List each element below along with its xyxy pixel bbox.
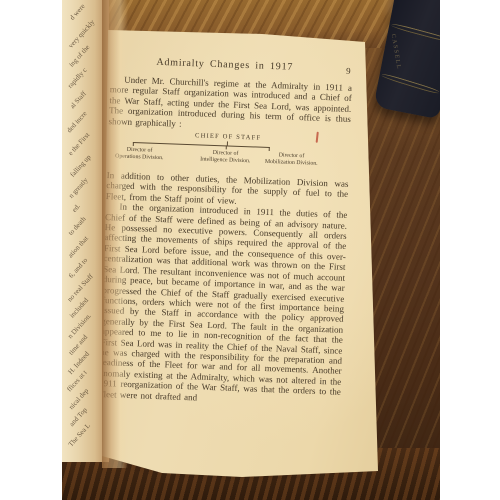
spine-gold-band <box>381 73 440 95</box>
diagram-connector-line <box>269 147 270 151</box>
spine-gold-band <box>391 22 440 42</box>
left-page-text-fragment: rapidly c <box>66 66 88 90</box>
page-content: Admiralty Changes in 1917 9 Under Mr. Ch… <box>94 30 367 408</box>
left-page-text-fragment: al Staff <box>68 90 88 110</box>
left-page-text-fragment: ed. <box>70 202 82 214</box>
left-page-text-fragment: n greatly <box>67 176 89 200</box>
running-head: Admiralty Changes in 1917 9 <box>111 55 353 77</box>
left-page-text-fragment: e the First <box>67 131 92 157</box>
diagram-connector-line <box>226 145 227 149</box>
left-page-text-fragment: very quickly <box>67 18 96 50</box>
diagram-root-label: CHIEF OF STAFF <box>168 131 288 142</box>
diagram-connector-line <box>133 142 134 146</box>
page-title: Admiralty Changes in 1917 <box>111 55 339 74</box>
photo-of-open-book: CASSELL d were very quickly ing of the r… <box>62 0 440 500</box>
spine-publisher-text: CASSELL <box>390 33 402 70</box>
paragraph-3: In the organization introduced in 1911 t… <box>98 201 347 407</box>
book-photograph: CASSELL d were very quickly ing of the r… <box>0 0 500 500</box>
body-text: In addition to other duties, the Mobiliz… <box>98 170 348 408</box>
left-page-text-fragment: ation that <box>66 235 90 260</box>
paragraph-1: Under Mr. Churchill's regime at the Admi… <box>108 74 352 135</box>
page-gutter-fold <box>102 0 128 468</box>
staff-organization-diagram: CHIEF OF STAFF Director of Operations Di… <box>107 129 350 172</box>
red-pencil-mark <box>316 132 319 143</box>
page-number: 9 <box>346 66 351 76</box>
left-page-text-fragment: to death <box>67 215 88 237</box>
left-page-text-fragment: d were <box>68 2 87 21</box>
body-text: Under Mr. Churchill's regime at the Admi… <box>108 74 352 135</box>
diagram-label-mobilization: Director of Mobilization Division. <box>245 151 337 168</box>
